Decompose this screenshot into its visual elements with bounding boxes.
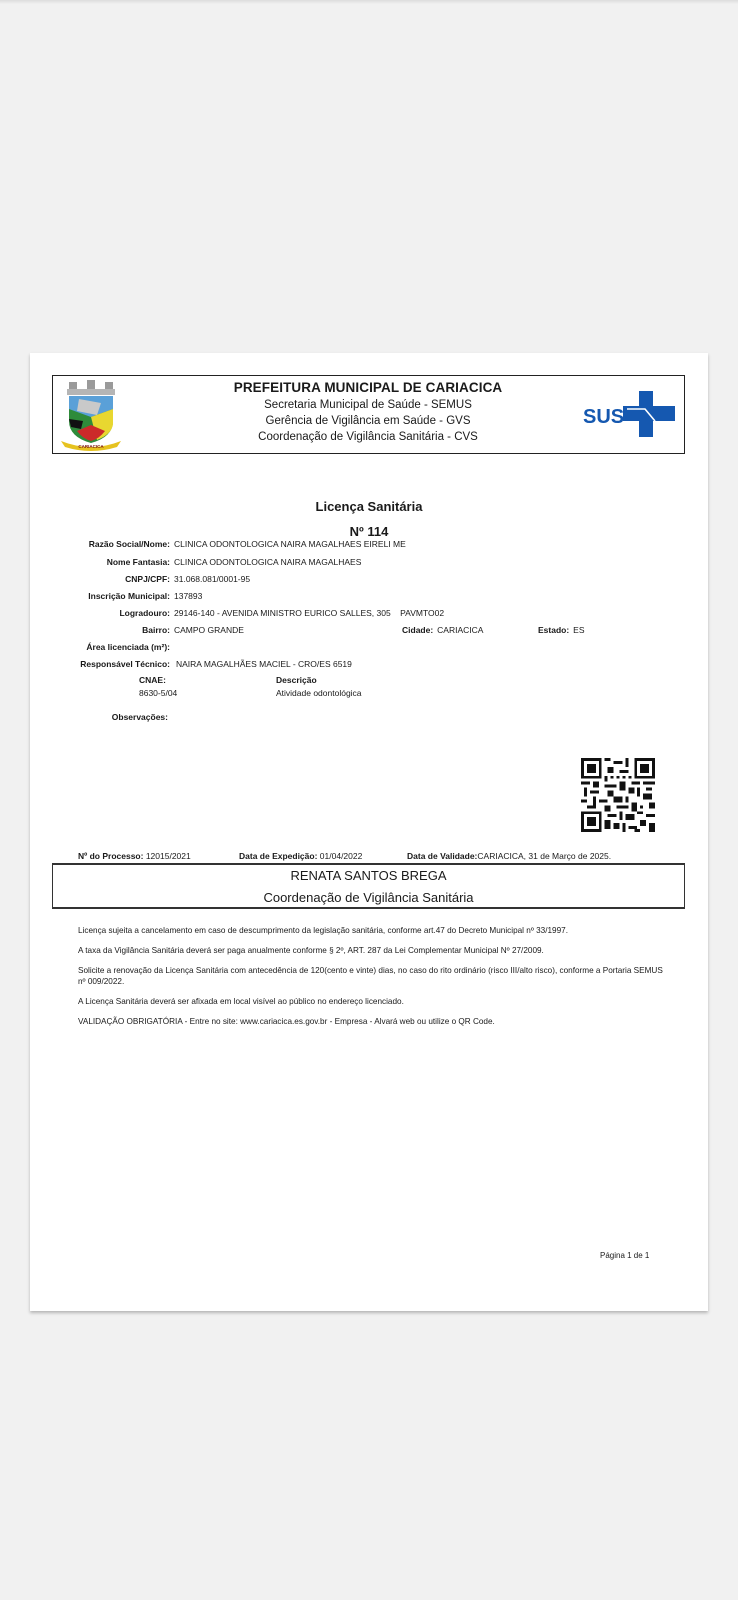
field-area-licenciada: Área licenciada (m²): <box>50 642 174 652</box>
descricao-header: Descrição <box>276 675 317 685</box>
field-value: CLINICA ODONTOLOGICA NAIRA MAGALHAES EIR… <box>174 539 406 549</box>
field-label: Observações: <box>50 712 168 722</box>
document-title: Licença Sanitária <box>30 499 708 514</box>
field-value: CAMPO GRANDE <box>174 625 244 635</box>
field-value: 29146-140 - AVENIDA MINISTRO EURICO SALL… <box>174 608 444 618</box>
field-value: NAIRA MAGALHÃES MACIEL - CRO/ES 6519 <box>176 659 352 669</box>
process-number: Nº do Processo: 12015/2021 <box>78 851 191 861</box>
field-label: Inscrição Municipal: <box>50 591 170 601</box>
document-page: CARIACICA PREFEITURA MUNICIPAL DE CARIAC… <box>30 353 708 1311</box>
field-label: Responsável Técnico: <box>50 659 170 669</box>
coordination-line: Coordenação de Vigilância Sanitária - CV… <box>203 431 533 443</box>
field-nome-fantasia: Nome Fantasia:CLINICA ODONTOLOGICA NAIRA… <box>50 557 361 567</box>
signatory-role: Coordenação de Vigilância Sanitária <box>53 890 684 905</box>
secretariat-line: Secretaria Municipal de Saúde - SEMUS <box>203 399 533 411</box>
note-display: A Licença Sanitária deverá ser afixada e… <box>78 996 668 1007</box>
letterhead: CARIACICA PREFEITURA MUNICIPAL DE CARIAC… <box>52 375 685 454</box>
note-validation: VALIDAÇÃO OBRIGATÓRIA - Entre no site: w… <box>78 1016 668 1027</box>
page-indicator: Página 1 de 1 <box>600 1251 649 1260</box>
field-value: 31.068.081/0001-95 <box>174 574 250 584</box>
field-label: CNPJ/CPF: <box>50 574 170 584</box>
field-label: Cidade: <box>402 625 433 635</box>
cnae-value: 8630-5/04 <box>139 688 177 698</box>
field-logradouro: Logradouro:29146-140 - AVENIDA MINISTRO … <box>50 608 444 618</box>
cariacica-coat-of-arms-icon: CARIACICA <box>57 379 125 451</box>
signature-block: RENATA SANTOS BREGA Coordenação de Vigil… <box>52 863 685 909</box>
field-label: Nome Fantasia: <box>50 557 170 567</box>
field-label: Logradouro: <box>50 608 170 618</box>
field-observacoes: Observações: <box>50 712 172 722</box>
field-label: Bairro: <box>50 625 170 635</box>
field-responsavel-tecnico: Responsável Técnico:NAIRA MAGALHÃES MACI… <box>50 659 352 669</box>
letterhead-text: PREFEITURA MUNICIPAL DE CARIACICA Secret… <box>203 376 533 443</box>
field-label: Área licenciada (m²): <box>50 642 170 652</box>
sus-logo-icon: SUS <box>583 389 678 439</box>
field-cnpj: CNPJ/CPF:31.068.081/0001-95 <box>50 574 250 584</box>
qr-code-icon[interactable] <box>581 758 655 832</box>
svg-text:CARIACICA: CARIACICA <box>78 444 104 449</box>
note-cancellation: Licença sujeita a cancelamento em caso d… <box>78 925 668 936</box>
municipality-title: PREFEITURA MUNICIPAL DE CARIACICA <box>203 380 533 395</box>
field-value: ES <box>573 625 584 635</box>
field-value: 137893 <box>174 591 202 601</box>
field-label: Estado: <box>538 625 569 635</box>
field-razao-social: Razão Social/Nome:CLINICA ODONTOLOGICA N… <box>50 539 406 549</box>
management-line: Gerência de Vigilância em Saúde - GVS <box>203 415 533 427</box>
field-inscricao-municipal: Inscrição Municipal:137893 <box>50 591 202 601</box>
status-bar-shadow <box>0 0 738 4</box>
signatory-name: RENATA SANTOS BREGA <box>53 868 684 883</box>
validity-date: Data de Validade:CARIACICA, 31 de Março … <box>407 851 611 861</box>
field-value: CLINICA ODONTOLOGICA NAIRA MAGALHAES <box>174 557 361 567</box>
svg-text:SUS: SUS <box>583 406 624 428</box>
note-renewal: Solicite a renovação da Licença Sanitári… <box>78 965 668 987</box>
note-annual-fee: A taxa da Vigilância Sanitária deverá se… <box>78 945 668 956</box>
issue-date: Data de Expedição: 01/04/2022 <box>239 851 362 861</box>
cnae-header: CNAE: <box>139 675 166 685</box>
license-number: Nº 114 <box>30 524 708 539</box>
field-cidade: Cidade:CARIACICA <box>402 625 483 635</box>
field-bairro: Bairro:CAMPO GRANDE <box>50 625 244 635</box>
notes-section: Licença sujeita a cancelamento em caso d… <box>78 925 668 1036</box>
field-estado: Estado:ES <box>538 625 585 635</box>
field-value: CARIACICA <box>437 625 483 635</box>
field-label: Razão Social/Nome: <box>50 539 170 549</box>
descricao-value: Atividade odontológica <box>276 688 362 698</box>
